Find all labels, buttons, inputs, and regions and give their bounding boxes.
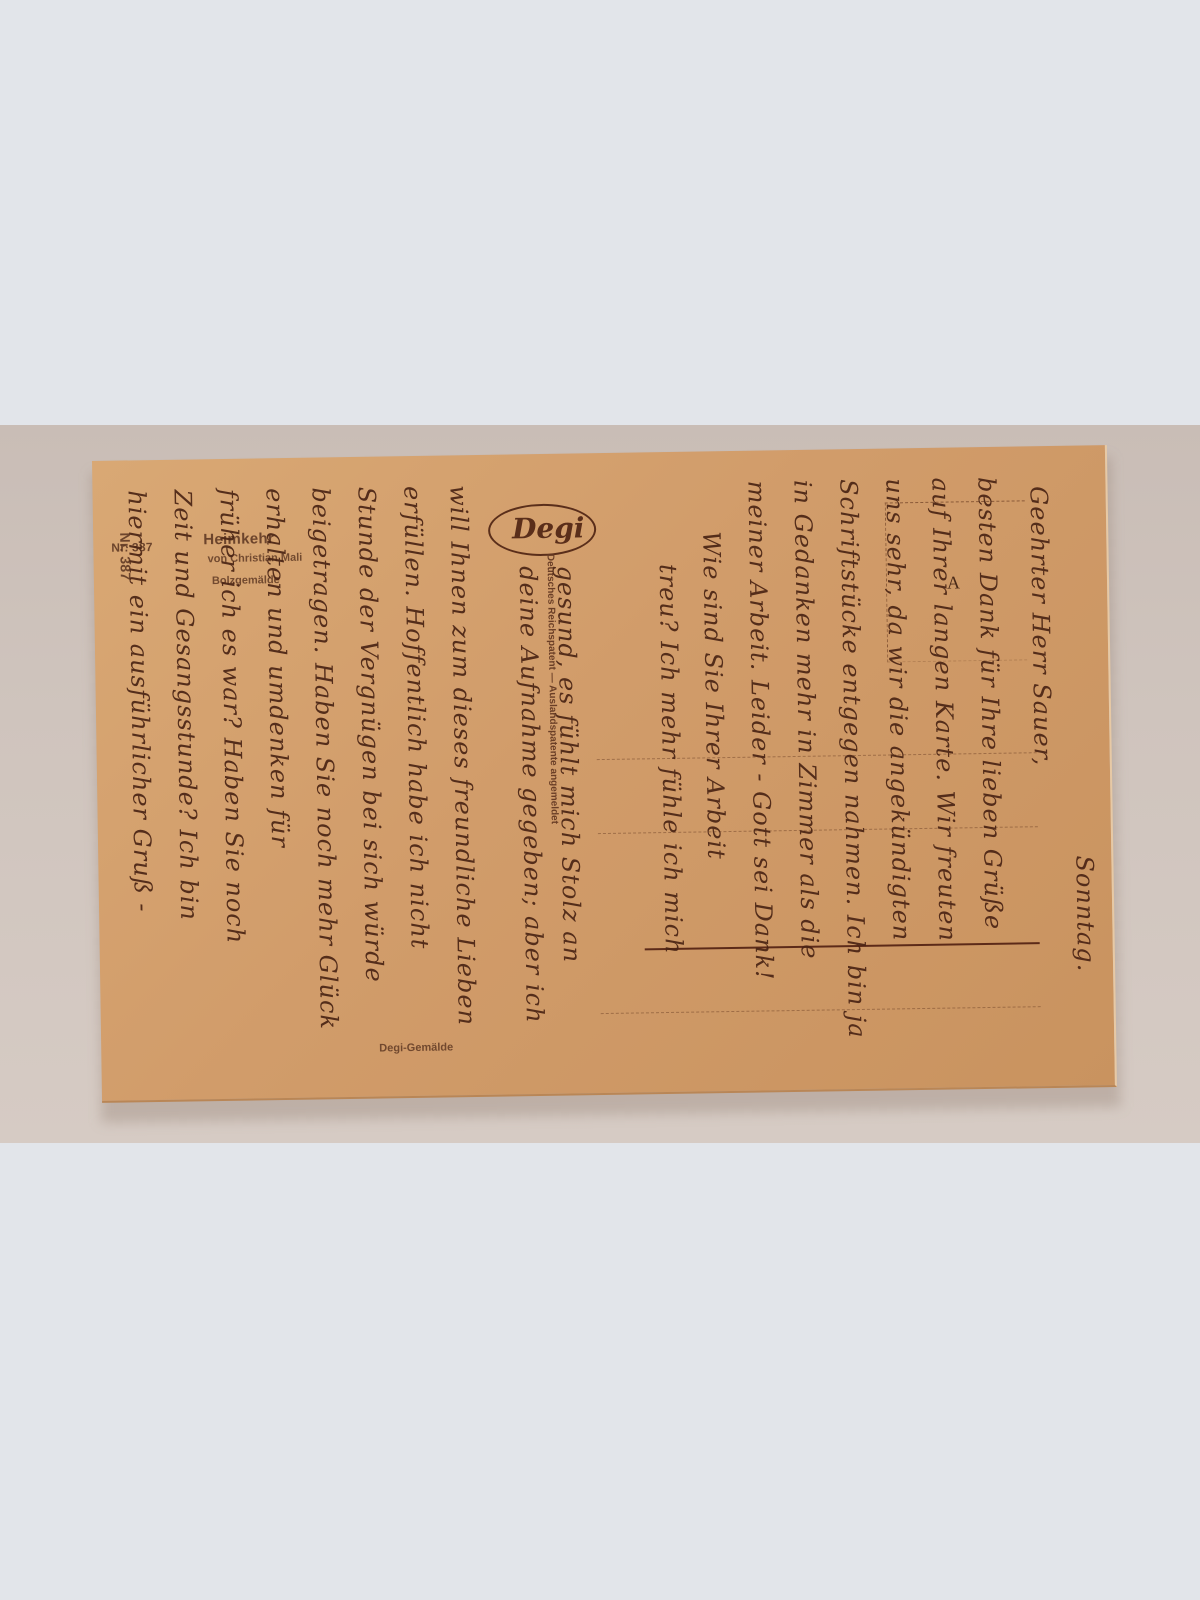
postcard: Nr. 387 Nr. 387 Heimkehr von Christian M… bbox=[92, 445, 1117, 1103]
handwritten-line: Schriftstücke entgegen nahmen. Ich bin j… bbox=[834, 479, 871, 1039]
handwritten-line: Zeit und Gesangsstunde? Ich bin bbox=[168, 489, 203, 921]
handwritten-line: deine Aufnahme gegeben; aber ich bbox=[514, 566, 549, 1024]
address-line-4 bbox=[601, 1006, 1041, 1014]
handwritten-line: erhalten und umdenken für bbox=[260, 488, 294, 848]
handwritten-line: will Ihnen zum dieses freundliche Lieben bbox=[444, 485, 480, 1026]
handwritten-line: in Gedanken mehr in Zimmer als die bbox=[788, 480, 824, 960]
handwritten-line: Wie sind Sie Ihrer Arbeit bbox=[697, 531, 730, 860]
handwritten-line: gesund, es fühlt mich Stolz an bbox=[552, 565, 586, 963]
footer-label: Degi-Gemälde bbox=[379, 1041, 453, 1054]
handwritten-line: beigetragen. Haben Sie noch mehr Glück bbox=[306, 487, 343, 1030]
degi-logo: Degi bbox=[488, 503, 597, 557]
handwritten-line: erfüllen. Hoffentlich habe ich nicht bbox=[398, 486, 433, 950]
logo-text: Degi bbox=[512, 511, 585, 545]
handwritten-date: Sonntag. bbox=[1070, 855, 1100, 972]
handwritten-line: meiner Arbeit. Leider - Gott sei Dank! bbox=[742, 480, 778, 981]
handwritten-line: Stunde der Vergnügen bei sich würde bbox=[352, 486, 388, 982]
handwritten-line: treu? Ich mehr fühle ich mich bbox=[654, 564, 688, 955]
handwritten-line: Geehrter Herr Sauer, bbox=[1025, 486, 1057, 766]
postcard-photo: Nr. 387 Nr. 387 Heimkehr von Christian M… bbox=[0, 425, 1200, 1143]
